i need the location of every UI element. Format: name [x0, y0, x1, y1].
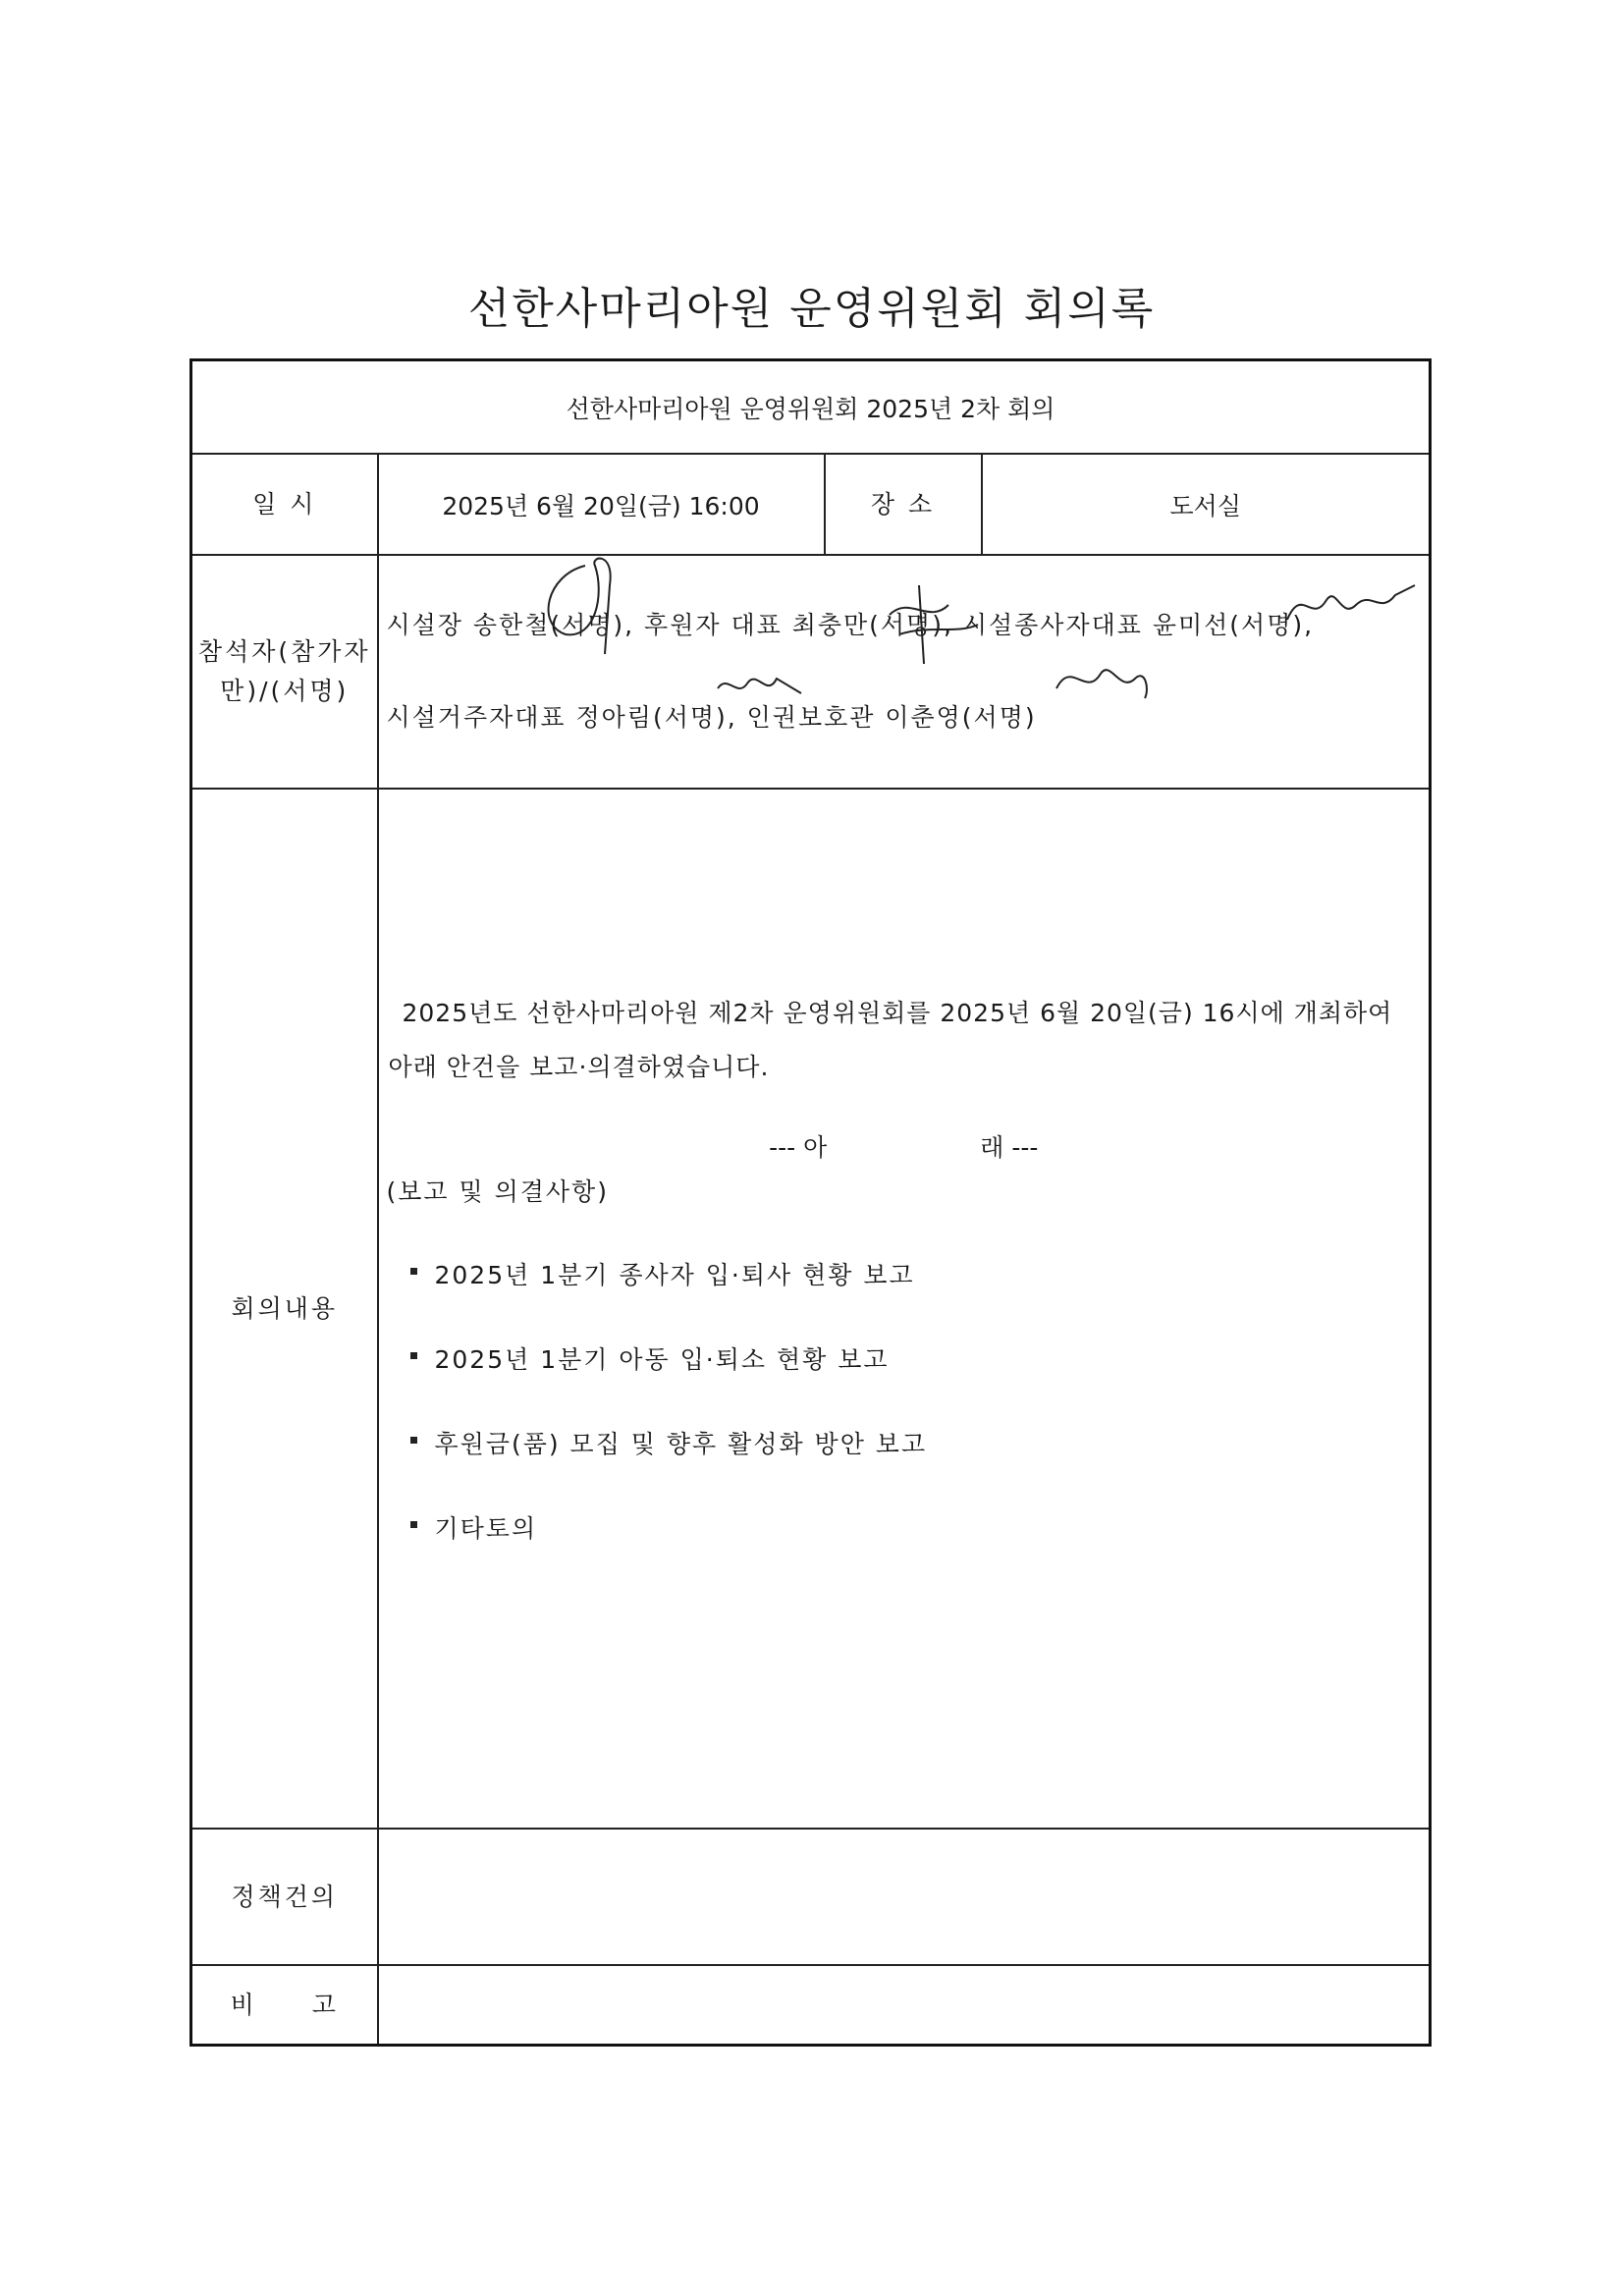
bullet-icon — [410, 1352, 417, 1359]
agenda-item: 후원금(품) 모집 및 향후 활성화 방안 보고 — [408, 1425, 928, 1509]
attendees-line2: 시설거주자대표 정아림(서명), 인권보호관 이춘영(서명) — [387, 672, 1430, 764]
signature-3 — [1282, 575, 1420, 634]
meeting-name: 선한사마리아원 운영위원회 2025년 2차 회의 — [191, 360, 1431, 455]
attendees-label-line1: 참석자(참가자 — [192, 632, 377, 672]
bullet-icon — [410, 1268, 417, 1275]
document-title: 선한사마리아원 운영위원회 회의록 — [0, 273, 1623, 336]
signature-1 — [526, 546, 634, 664]
intro-paragraph: 2025년도 선한사마리아원 제2차 운영위원회를 2025년 6월 20일(금… — [389, 986, 1426, 1094]
agenda-item: 2025년 1분기 아동 입·퇴소 현황 보고 — [408, 1340, 928, 1425]
bullet-icon — [410, 1437, 417, 1444]
agenda-list: 2025년 1분기 종사자 입·퇴사 현황 보고 2025년 1분기 아동 입·… — [408, 1256, 928, 1594]
policy-value — [378, 1829, 1431, 1965]
signature-5 — [1047, 649, 1155, 718]
attendees-list: 시설장 송한철(서명), 후원자 대표 최충만(서명), 시설종사자대표 윤미선… — [378, 555, 1431, 789]
remark-label: 비 고 — [191, 1965, 378, 2046]
meeting-content: 2025년도 선한사마리아원 제2차 운영위원회를 2025년 6월 20일(금… — [378, 789, 1431, 1829]
place-value: 도서실 — [982, 454, 1431, 555]
date-label: 일 시 — [191, 454, 378, 555]
section-title: (보고 및 의결사항) — [387, 1173, 609, 1208]
bullet-icon — [410, 1521, 417, 1528]
content-label: 회의내용 — [191, 789, 378, 1829]
attendees-label-line2: 만)/(서명) — [192, 672, 377, 711]
place-label: 장 소 — [825, 454, 982, 555]
below-marker: --- 아 래 --- — [379, 1128, 1430, 1164]
policy-label: 정책건의 — [191, 1829, 378, 1965]
agenda-item: 2025년 1분기 종사자 입·퇴사 현황 보고 — [408, 1256, 928, 1340]
date-value: 2025년 6월 20일(금) 16:00 — [378, 454, 825, 555]
attendees-label: 참석자(참가자 만)/(서명) — [191, 555, 378, 789]
signature-4 — [713, 659, 811, 718]
minutes-table: 선한사마리아원 운영위원회 2025년 2차 회의 일 시 2025년 6월 2… — [189, 358, 1432, 2047]
agenda-item: 기타토의 — [408, 1509, 928, 1594]
remark-value — [378, 1965, 1431, 2046]
signature-2 — [880, 566, 988, 674]
